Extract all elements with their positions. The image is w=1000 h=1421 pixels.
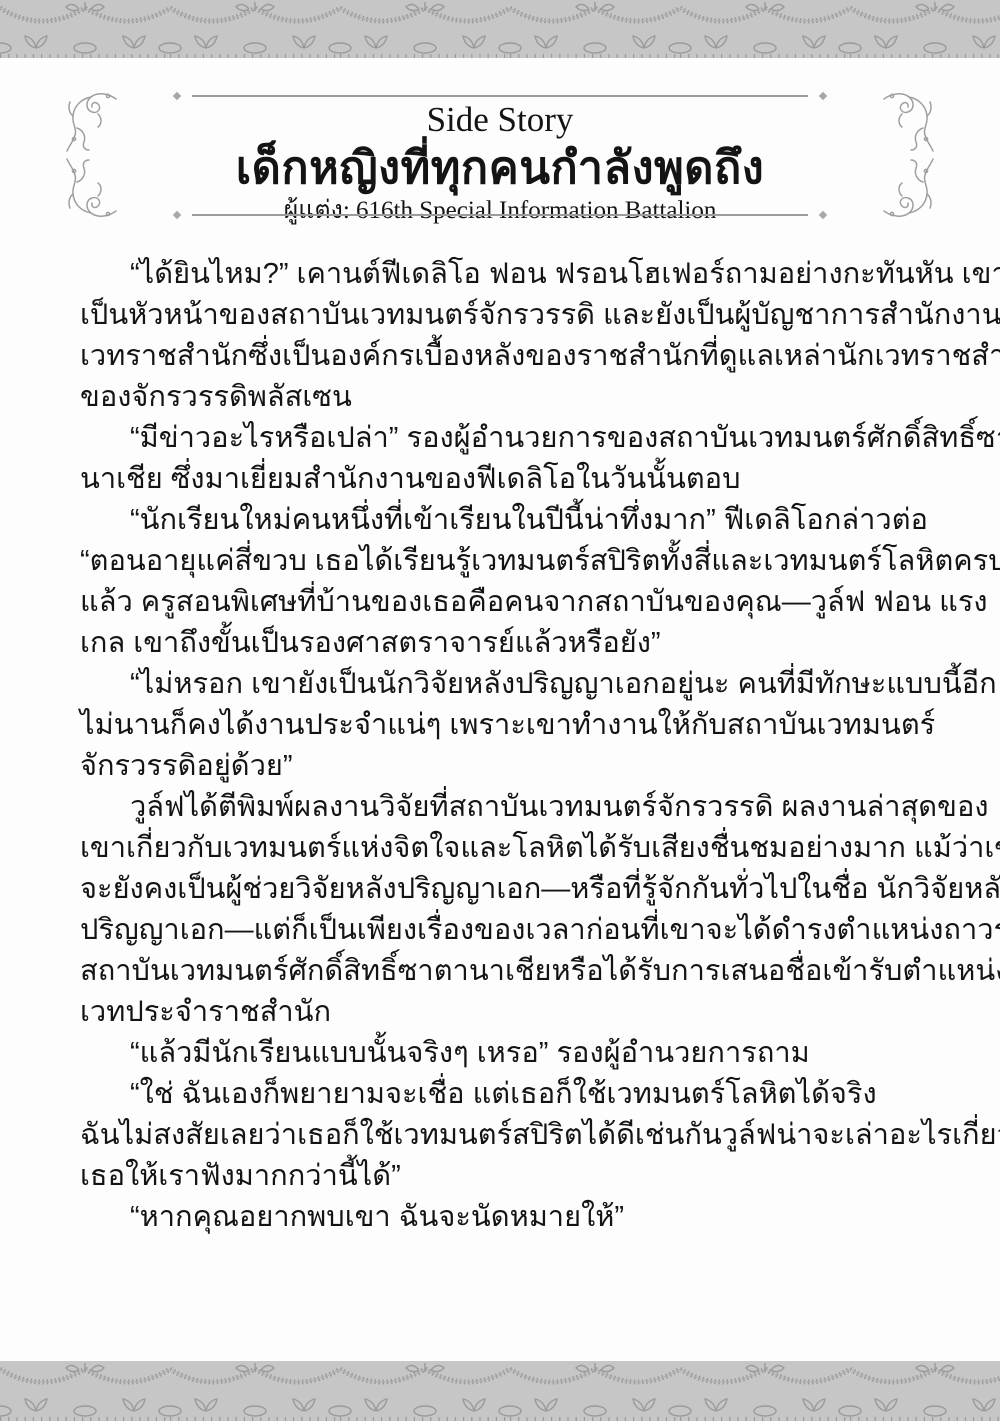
story-line: “แล้วมีนักเรียนแบบนั้นจริงๆ เหรอ” รองผู้… bbox=[80, 1033, 942, 1074]
story-line: เขาเกี่ยวกับเวทมนตร์แห่งจิตใจและโลหิตได้… bbox=[80, 828, 942, 869]
story-line: ของจักรวรรดิพลัสเซน bbox=[80, 377, 942, 418]
story-line: “ตอนอายุแค่สี่ขวบ เธอได้เรียนรู้เวทมนตร์… bbox=[80, 541, 942, 582]
story-line: เป็นหัวหน้าของสถาบันเวทมนตร์จักรวรรดิ แล… bbox=[80, 295, 942, 336]
story-line: แล้ว ครูสอนพิเศษที่บ้านของเธอคือคนจากสถา… bbox=[80, 582, 942, 623]
story-line: จักรวรรดิอยู่ด้วย” bbox=[80, 746, 942, 787]
story-line: “มีข่าวอะไรหรือเปล่า” รองผู้อำนวยการของส… bbox=[80, 418, 942, 459]
damask-pattern-icon bbox=[0, 0, 1000, 58]
story-line: ปริญญาเอก—แต่ก็เป็นเพียงเรื่องของเวลาก่อ… bbox=[80, 910, 942, 951]
top-ornament-border bbox=[0, 0, 1000, 58]
story-line: เวทประจำราชสำนัก bbox=[80, 992, 942, 1033]
damask-pattern-icon bbox=[0, 1361, 1000, 1421]
title-box-top-rule bbox=[192, 95, 808, 97]
corner-flourish-icon bbox=[64, 158, 120, 220]
title-box: Side Story เด็กหญิงที่ทุกคนกำลังพูดถึง ผ… bbox=[62, 88, 938, 222]
story-line: เวทราชสำนักซึ่งเป็นองค์กรเบื้องหลังของรา… bbox=[80, 336, 942, 377]
story-line: จะยังคงเป็นผู้ช่วยวิจัยหลังปริญญาเอก—หรื… bbox=[80, 869, 942, 910]
story-text: “ได้ยินไหม?” เคานต์ฟีเดลิโอ ฟอน ฟรอนโฮเฟ… bbox=[80, 254, 942, 1238]
story-line: เธอให้เราฟังมากกว่านี้ได้” bbox=[80, 1156, 942, 1197]
author-credit: ผู้แต่ง: 616th Special Information Batta… bbox=[62, 196, 938, 226]
page-title: เด็กหญิงที่ทุกคนกำลังพูดถึง bbox=[62, 140, 938, 196]
story-line: เกล เขาถึงขั้นเป็นรองศาสตราจารย์แล้วหรือ… bbox=[80, 623, 942, 664]
story-line: “ใช่ ฉันเองก็พยายามจะเชื่อ แต่เธอก็ใช้เว… bbox=[80, 1074, 942, 1115]
story-line: ไม่นานก็คงได้งานประจำแน่ๆ เพราะเขาทำงานใ… bbox=[80, 705, 942, 746]
story-line: “ได้ยินไหม?” เคานต์ฟีเดลิโอ ฟอน ฟรอนโฮเฟ… bbox=[80, 254, 942, 295]
story-line: “หากคุณอยากพบเขา ฉันจะนัดหมายให้” bbox=[80, 1197, 942, 1238]
story-line: “ไม่หรอก เขายังเป็นนักวิจัยหลังปริญญาเอก… bbox=[80, 664, 942, 705]
corner-flourish-icon bbox=[880, 90, 936, 152]
corner-flourish-icon bbox=[64, 90, 120, 152]
story-line: สถาบันเวทมนตร์ศักดิ์สิทธิ์ซาตานาเชียหรือ… bbox=[80, 951, 942, 992]
title-box-bottom-rule bbox=[192, 214, 808, 216]
bottom-ornament-border bbox=[0, 1361, 1000, 1421]
section-label: Side Story bbox=[62, 100, 938, 140]
story-line: ฉันไม่สงสัยเลยว่าเธอก็ใช้เวทมนตร์สปิริตไ… bbox=[80, 1115, 942, 1156]
story-line: “นักเรียนใหม่คนหนึ่งที่เข้าเรียนในปีนี้น… bbox=[80, 500, 942, 541]
story-line: วูล์ฟได้ตีพิมพ์ผลงานวิจัยที่สถาบันเวทมนต… bbox=[80, 787, 942, 828]
corner-flourish-icon bbox=[880, 158, 936, 220]
story-line: นาเชีย ซึ่งมาเยี่ยมสำนักงานของฟีเดลิโอใน… bbox=[80, 459, 942, 500]
